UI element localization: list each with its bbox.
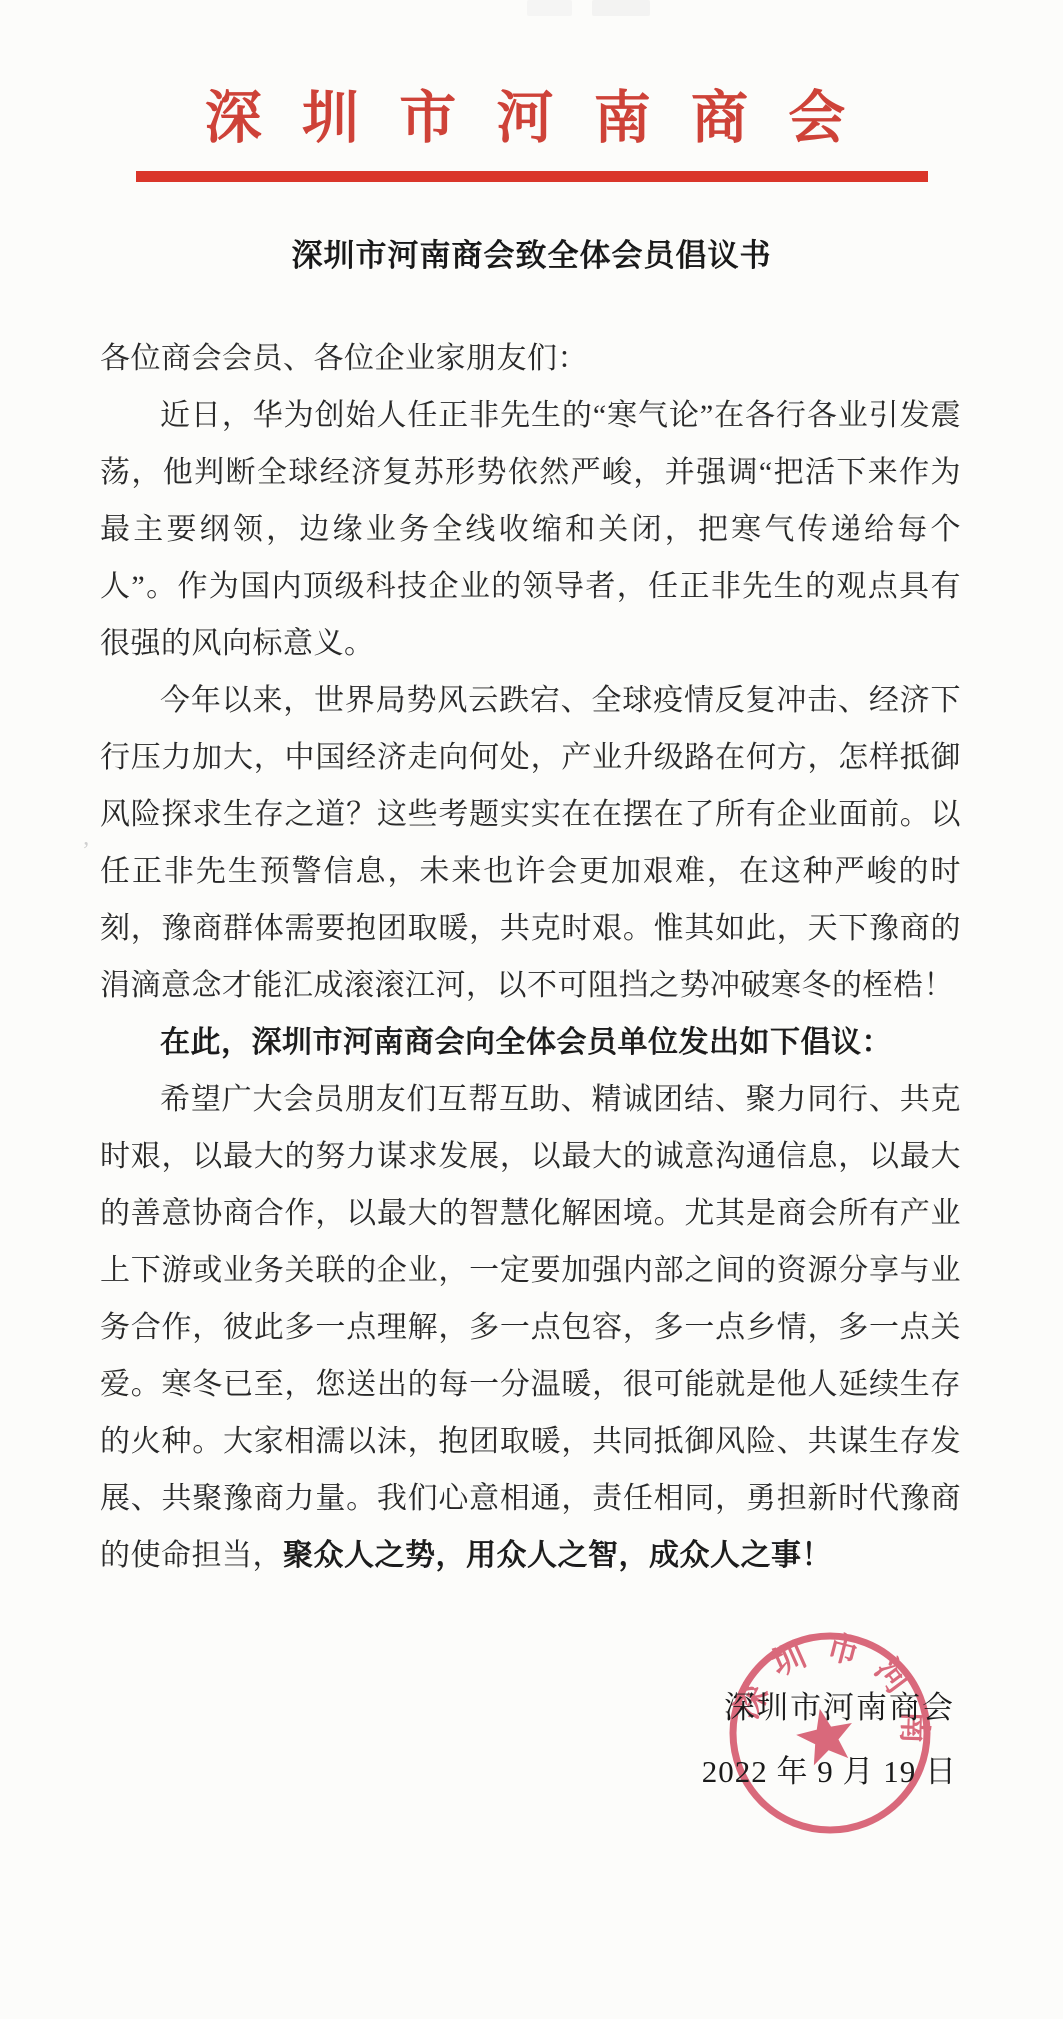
paragraph-2: 今年以来，世界局势风云跌宕、全球疫情反复冲击、经济下行压力加大，中国经济走向何处… [100, 672, 961, 1014]
paragraph-4-text: 希望广大会员朋友们互帮互助、精诚团结、聚力同行、共克时艰，以最大的努力谋求发展，… [100, 1083, 961, 1572]
scan-artifact-mark: ’ [82, 838, 90, 865]
scanned-letter-page: 深 圳 市 河 南 商 会 深圳市河南商会致全体会员倡议书 各位商会会员、各位企… [0, 0, 1063, 2019]
letterhead: 深 圳 市 河 南 商 会 [0, 0, 1063, 182]
paragraph-3-proposal-lead: 在此，深圳市河南商会向全体会员单位发出如下倡议： [100, 1014, 961, 1071]
salutation-line: 各位商会会员、各位企业家朋友们： [100, 330, 961, 387]
signature-org: 深圳市河南商会 [724, 1688, 955, 1728]
document-title: 深圳市河南商会致全体会员倡议书 [100, 236, 963, 276]
org-name-heading: 深 圳 市 河 南 商 会 [205, 88, 859, 151]
scan-smudge [527, 0, 572, 16]
paragraph-4: 希望广大会员朋友们互帮互助、精诚团结、聚力同行、共克时艰，以最大的努力谋求发展，… [100, 1071, 961, 1584]
signature-date: 2022 年 9 月 19 日 [702, 1752, 957, 1792]
official-round-seal: 深圳市河南商会 [719, 1626, 941, 1848]
scan-smudge [592, 0, 650, 16]
letter-body: 各位商会会员、各位企业家朋友们： 近日，华为创始人任正非先生的“寒气论”在各行各… [100, 330, 961, 1584]
paragraph-4-bold-slogan: 聚众人之势，用众人之智，成众人之事！ [283, 1539, 832, 1572]
paragraph-1: 近日，华为创始人任正非先生的“寒气论”在各行各业引发震荡，他判断全球经济复苏形势… [100, 387, 961, 672]
letterhead-rule [136, 171, 928, 182]
